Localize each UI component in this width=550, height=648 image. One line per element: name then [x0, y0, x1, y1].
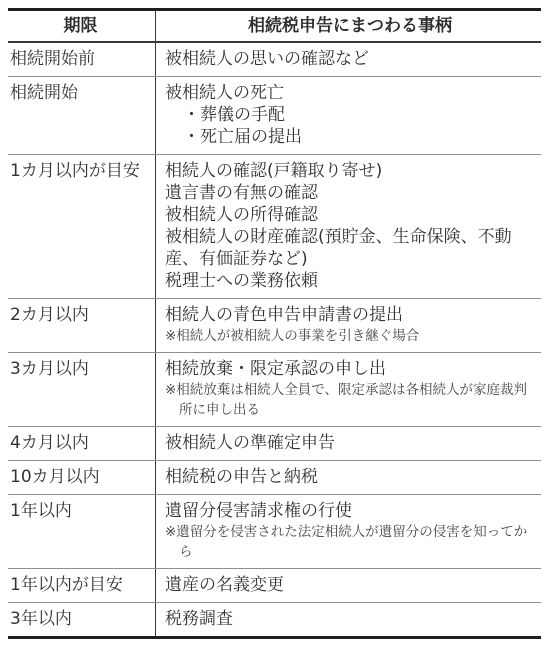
deadline-cell: 10カ月以内: [8, 461, 155, 494]
table-row: 相続開始 被相続人の死亡・葬儀の手配・死亡届の提出: [8, 76, 541, 154]
table-body: 相続開始前 被相続人の思いの確認など 相続開始 被相続人の死亡・葬儀の手配・死亡…: [8, 43, 541, 636]
table-row: 1年以内が目安 遺産の名義変更: [8, 568, 541, 602]
matter-item: 遺産の名義変更: [165, 574, 535, 596]
table-row: 1年以内 遺留分侵害請求権の行使※遺留分を侵害された法定相続人が遺留分の侵害を知…: [8, 494, 541, 568]
matter-item: 相続放棄・限定承認の申し出: [165, 358, 535, 380]
deadline-cell: 3カ月以内: [8, 353, 155, 426]
matter-item: 相続人の確認(戸籍取り寄せ): [165, 160, 535, 182]
table-row: 4カ月以内 被相続人の準確定申告: [8, 426, 541, 460]
page: 期限 相続税申告にまつわる事柄 相続開始前 被相続人の思いの確認など 相続開始 …: [0, 0, 550, 648]
matter-item: ※相続放棄は相続人全員で、限定承認は各相続人が家庭裁判所に申し出る: [165, 380, 535, 420]
matter-item: ※相続人が被相続人の事業を引き継ぐ場合: [165, 326, 535, 346]
deadline-cell: 1カ月以内が目安: [8, 155, 155, 298]
matters-cell: 税務調査: [155, 603, 541, 636]
deadline-cell: 相続開始前: [8, 43, 155, 76]
deadline-cell: 2カ月以内: [8, 299, 155, 352]
deadline-cell: 4カ月以内: [8, 427, 155, 460]
table-row: 2カ月以内 相続人の青色申告申請書の提出※相続人が被相続人の事業を引き継ぐ場合: [8, 298, 541, 352]
table-row: 1カ月以内が目安 相続人の確認(戸籍取り寄せ)遺言書の有無の確認被相続人の所得確…: [8, 154, 541, 298]
matter-item: 税務調査: [165, 608, 535, 630]
matter-item: 被相続人の財産確認(預貯金、生命保険、不動産、有価証券など): [165, 226, 535, 270]
matter-item: 遺言書の有無の確認: [165, 182, 535, 204]
column-header-matters: 相続税申告にまつわる事柄: [155, 11, 541, 41]
matter-item: ・葬儀の手配: [165, 104, 535, 126]
matter-item: 相続人の青色申告申請書の提出: [165, 304, 535, 326]
matter-item: 相続税の申告と納税: [165, 466, 535, 488]
deadline-cell: 1年以内が目安: [8, 569, 155, 602]
matters-cell: 被相続人の思いの確認など: [155, 43, 541, 76]
deadline-cell: 相続開始: [8, 77, 155, 154]
table-row: 3年以内 税務調査: [8, 602, 541, 636]
table-header-row: 期限 相続税申告にまつわる事柄: [8, 11, 541, 43]
matters-cell: 被相続人の準確定申告: [155, 427, 541, 460]
matters-cell: 遺産の名義変更: [155, 569, 541, 602]
matter-item: ・死亡届の提出: [165, 126, 535, 148]
deadline-cell: 3年以内: [8, 603, 155, 636]
matter-item: 被相続人の死亡: [165, 82, 535, 104]
matter-item: 被相続人の準確定申告: [165, 432, 535, 454]
matter-item: 税理士への業務依頼: [165, 270, 535, 292]
inheritance-tax-schedule-table: 期限 相続税申告にまつわる事柄 相続開始前 被相続人の思いの確認など 相続開始 …: [8, 8, 541, 639]
matters-cell: 相続人の確認(戸籍取り寄せ)遺言書の有無の確認被相続人の所得確認被相続人の財産確…: [155, 155, 541, 298]
table-row: 10カ月以内 相続税の申告と納税: [8, 460, 541, 494]
matters-cell: 相続人の青色申告申請書の提出※相続人が被相続人の事業を引き継ぐ場合: [155, 299, 541, 352]
deadline-cell: 1年以内: [8, 495, 155, 568]
matter-item: ※遺留分を侵害された法定相続人が遺留分の侵害を知ってから: [165, 522, 535, 562]
matter-item: 遺留分侵害請求権の行使: [165, 500, 535, 522]
matter-item: 被相続人の所得確認: [165, 204, 535, 226]
matters-cell: 被相続人の死亡・葬儀の手配・死亡届の提出: [155, 77, 541, 154]
column-header-deadline: 期限: [8, 11, 155, 41]
matters-cell: 遺留分侵害請求権の行使※遺留分を侵害された法定相続人が遺留分の侵害を知ってから: [155, 495, 541, 568]
table-row: 相続開始前 被相続人の思いの確認など: [8, 43, 541, 76]
matter-item: 被相続人の思いの確認など: [165, 48, 535, 70]
matters-cell: 相続税の申告と納税: [155, 461, 541, 494]
table-row: 3カ月以内 相続放棄・限定承認の申し出※相続放棄は相続人全員で、限定承認は各相続…: [8, 352, 541, 426]
matters-cell: 相続放棄・限定承認の申し出※相続放棄は相続人全員で、限定承認は各相続人が家庭裁判…: [155, 353, 541, 426]
